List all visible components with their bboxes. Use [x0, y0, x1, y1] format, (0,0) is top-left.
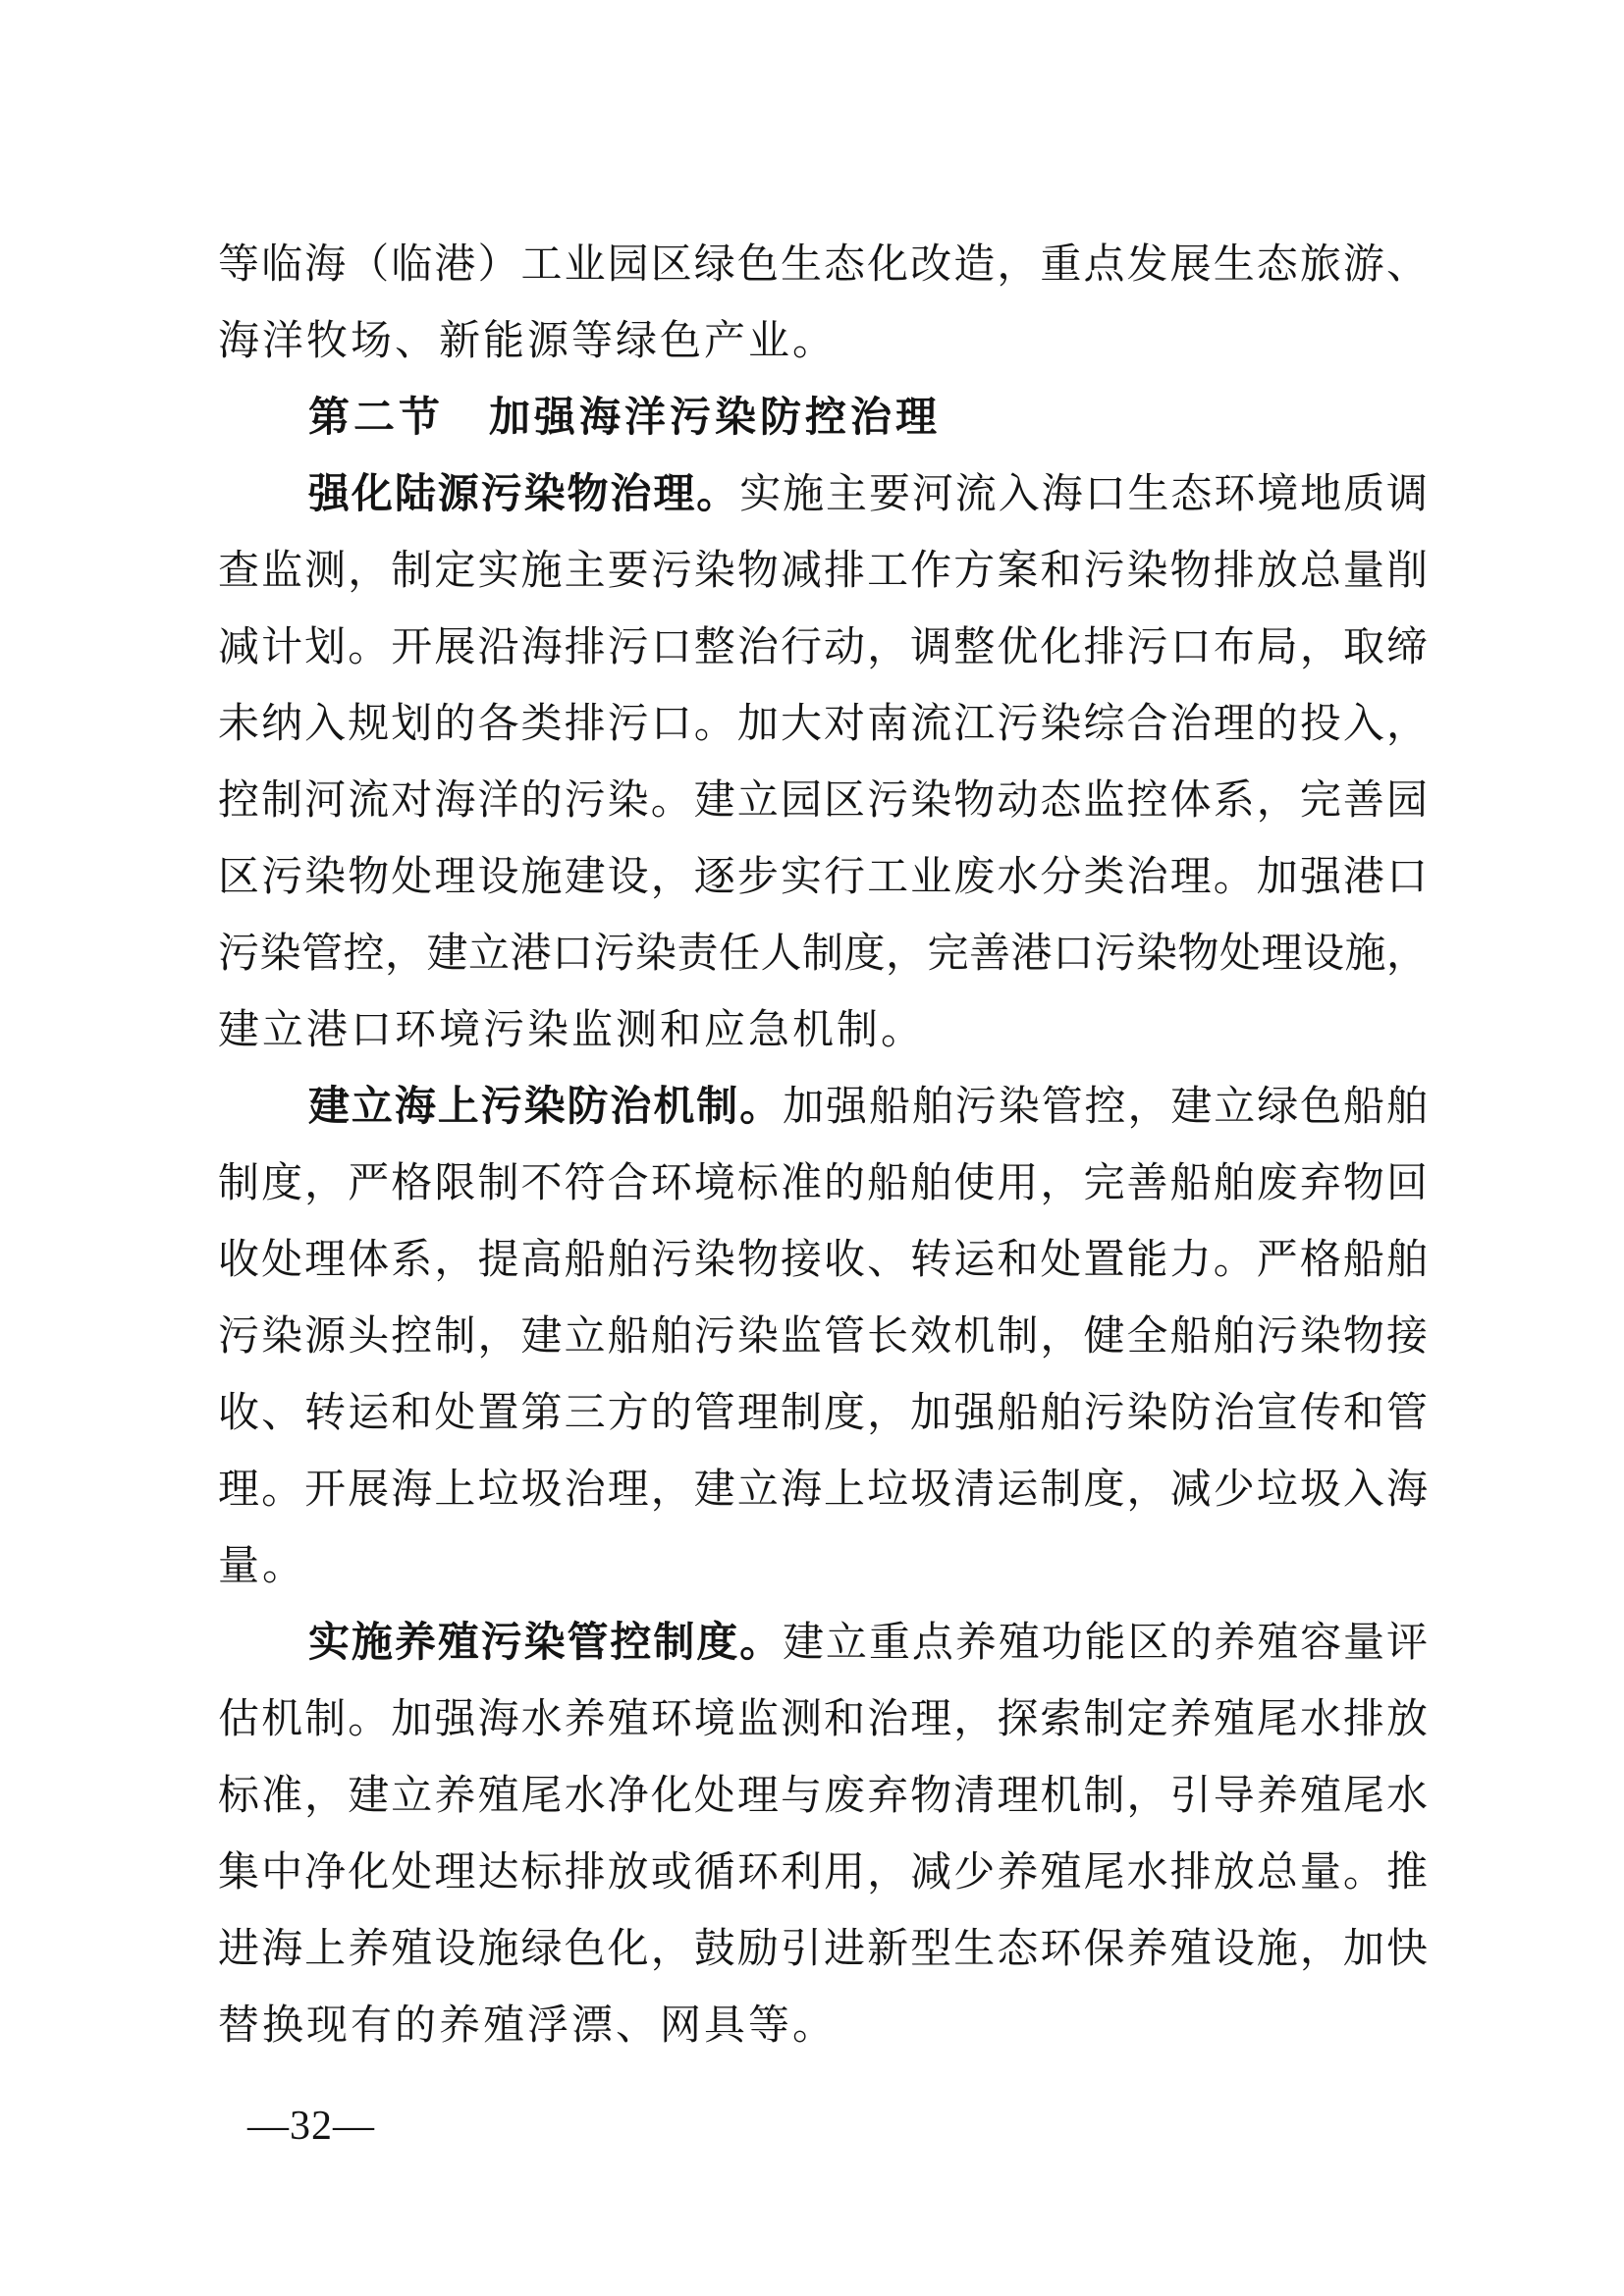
text-line: 制度，严格限制不符合环境标准的船舶使用，完善船舶废弃物回: [218, 1146, 1428, 1222]
body-text: 实施主要河流入海口生态环境地质调: [739, 472, 1428, 517]
text-line: 减计划。开展沿海排污口整治行动，调整优化排污口布局，取缔: [218, 610, 1428, 686]
text-line: 集中净化处理达标排放或循环利用，减少养殖尾水排放总量。推: [218, 1835, 1428, 1911]
bold-lead-text: 实施养殖污染管控制度。: [308, 1621, 783, 1666]
body-text: 估机制。加强海水养殖环境监测和治理，探索制定养殖尾水排放: [218, 1697, 1428, 1742]
body-text: 未纳入规划的各类排污口。加大对南流江污染综合治理的投入，: [218, 702, 1428, 747]
body-text: 集中净化处理达标排放或循环利用，减少养殖尾水排放总量。推: [218, 1850, 1428, 1896]
text-line: 估机制。加强海水养殖环境监测和治理，探索制定养殖尾水排放: [218, 1682, 1428, 1758]
body-text: 区污染物处理设施建设，逐步实行工业废水分类治理。加强港口: [218, 855, 1428, 900]
text-line: 收处理体系，提高船舶污染物接收、转运和处置能力。严格船舶: [218, 1222, 1428, 1299]
body-text: 制度，严格限制不符合环境标准的船舶使用，完善船舶废弃物回: [218, 1161, 1428, 1206]
text-line: 建立海上污染防治机制。加强船舶污染管控，建立绿色船舶: [218, 1069, 1428, 1146]
text-line: 实施养殖污染管控制度。建立重点养殖功能区的养殖容量评: [218, 1605, 1428, 1682]
text-line: 海洋牧场、新能源等绿色产业。: [218, 303, 1428, 380]
body-text: 标准，建立养殖尾水净化处理与废弃物清理机制，引导养殖尾水: [218, 1774, 1428, 1819]
text-line: 查监测，制定实施主要污染物减排工作方案和污染物排放总量削: [218, 533, 1428, 610]
body-text: 收、转运和处置第三方的管理制度，加强船舶污染防治宣传和管: [218, 1391, 1428, 1436]
text-line: 替换现有的养殖浮漂、网具等。: [218, 1988, 1428, 2064]
page-number: —32—: [247, 2102, 375, 2151]
text-line: 区污染物处理设施建设，逐步实行工业废水分类治理。加强港口: [218, 839, 1428, 916]
text-line: 控制河流对海洋的污染。建立园区污染物动态监控体系，完善园: [218, 763, 1428, 839]
body-text: 替换现有的养殖浮漂、网具等。: [218, 2003, 837, 2049]
body-text: 收处理体系，提高船舶污染物接收、转运和处置能力。严格船舶: [218, 1238, 1428, 1283]
body-text: 减计划。开展沿海排污口整治行动，调整优化排污口布局，取缔: [218, 625, 1428, 670]
body-text: 控制河流对海洋的污染。建立园区污染物动态监控体系，完善园: [218, 778, 1428, 824]
text-line: 量。: [218, 1528, 1428, 1605]
text-line: 进海上养殖设施绿色化，鼓励引进新型生态环保养殖设施，加快: [218, 1911, 1428, 1988]
text-line: 污染管控，建立港口污染责任人制度，完善港口污染物处理设施，: [218, 916, 1428, 992]
text-line: 等临海（临港）工业园区绿色生态化改造，重点发展生态旅游、: [218, 227, 1428, 303]
text-line: 未纳入规划的各类排污口。加大对南流江污染综合治理的投入，: [218, 686, 1428, 763]
body-text: 量。: [218, 1544, 306, 1589]
body-text: 理。开展海上垃圾治理，建立海上垃圾清运制度，减少垃圾入海: [218, 1468, 1428, 1513]
body-text: 污染管控，建立港口污染责任人制度，完善港口污染物处理设施，: [218, 932, 1428, 977]
body-text: 污染源头控制，建立船舶污染监管长效机制，健全船舶污染物接: [218, 1314, 1428, 1360]
bold-lead-text: 强化陆源污染物治理。: [308, 472, 739, 517]
bold-lead-text: 建立海上污染防治机制。: [308, 1085, 783, 1130]
section-heading: 第二节 加强海洋污染防控治理: [218, 380, 1428, 456]
body-text: 等临海（临港）工业园区绿色生态化改造，重点发展生态旅游、: [218, 242, 1428, 288]
text-line: 理。开展海上垃圾治理，建立海上垃圾清运制度，减少垃圾入海: [218, 1452, 1428, 1528]
body-text: 海洋牧场、新能源等绿色产业。: [218, 319, 837, 364]
body-text: 进海上养殖设施绿色化，鼓励引进新型生态环保养殖设施，加快: [218, 1927, 1428, 1972]
document-page: 等临海（临港）工业园区绿色生态化改造，重点发展生态旅游、海洋牧场、新能源等绿色产…: [0, 0, 1624, 2296]
text-line: 收、转运和处置第三方的管理制度，加强船舶污染防治宣传和管: [218, 1375, 1428, 1452]
document-body: 等临海（临港）工业园区绿色生态化改造，重点发展生态旅游、海洋牧场、新能源等绿色产…: [218, 227, 1428, 2064]
body-text: 建立重点养殖功能区的养殖容量评: [783, 1621, 1428, 1666]
body-text: 查监测，制定实施主要污染物减排工作方案和污染物排放总量削: [218, 549, 1428, 594]
bold-lead-text: 第二节 加强海洋污染防控治理: [308, 396, 941, 441]
body-text: 加强船舶污染管控，建立绿色船舶: [783, 1085, 1428, 1130]
text-line: 标准，建立养殖尾水净化处理与废弃物清理机制，引导养殖尾水: [218, 1758, 1428, 1835]
text-line: 污染源头控制，建立船舶污染监管长效机制，健全船舶污染物接: [218, 1299, 1428, 1375]
text-line: 强化陆源污染物治理。实施主要河流入海口生态环境地质调: [218, 456, 1428, 533]
text-line: 建立港口环境污染监测和应急机制。: [218, 992, 1428, 1069]
body-text: 建立港口环境污染监测和应急机制。: [218, 1008, 925, 1053]
